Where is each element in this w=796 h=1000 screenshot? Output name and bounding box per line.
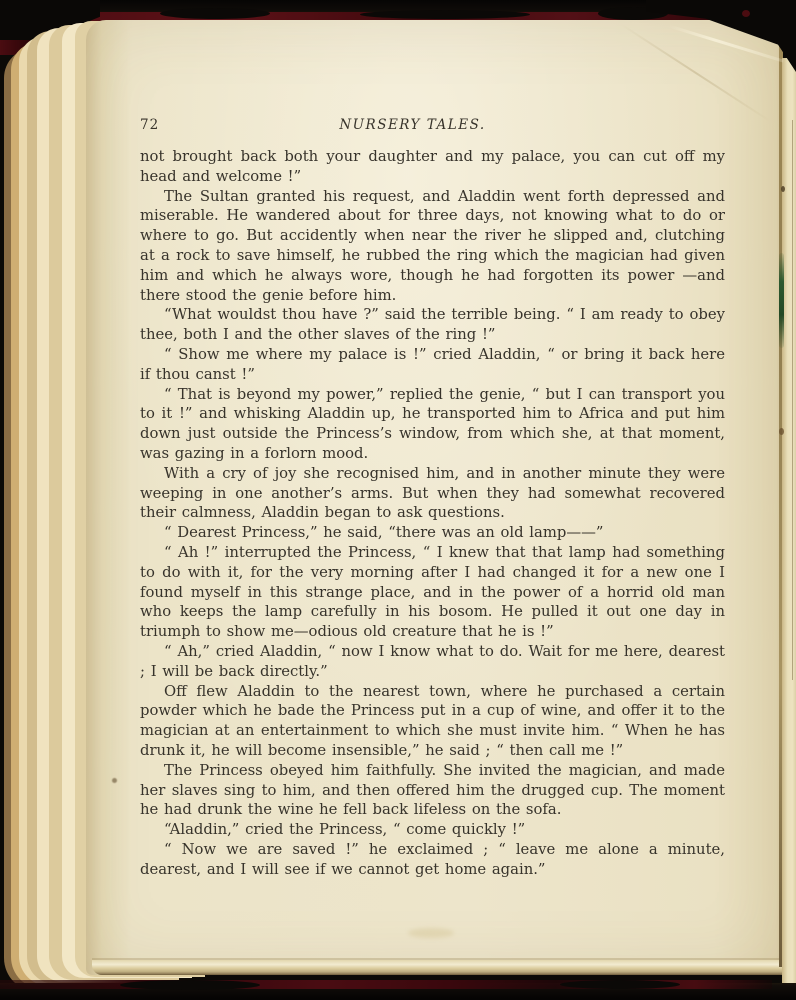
- paragraph: “ Now we are saved !” he exclaimed ; “ l…: [140, 840, 725, 880]
- paragraph: not brought back both your daughter and …: [140, 147, 725, 187]
- edge-stain: [779, 428, 784, 435]
- next-page-edge: [782, 58, 796, 986]
- book-photo: 72 NURSERY TALES. not brought back both …: [0, 0, 796, 1000]
- border-shadow-blob: [360, 10, 530, 19]
- page-header: 72 NURSERY TALES.: [140, 117, 725, 134]
- paragraph: “ Dearest Princess,” he said, “there was…: [140, 523, 725, 543]
- green-ink-mark: [779, 253, 784, 348]
- text-block: 72 NURSERY TALES. not brought back both …: [140, 117, 725, 879]
- bottom-page-edges: [92, 960, 783, 975]
- paragraph: “What wouldst thou have ?” said the terr…: [140, 305, 725, 345]
- story-text: not brought back both your daughter and …: [140, 147, 725, 879]
- paragraph: “ That is beyond my power,” replied the …: [140, 385, 725, 464]
- paragraph: “ Ah,” cried Aladdin, “ now I know what …: [140, 642, 725, 682]
- paragraph: “ Ah !” interrupted the Princess, “ I kn…: [140, 543, 725, 642]
- maroon-fleck: [742, 10, 750, 17]
- paper-crease: [620, 23, 772, 123]
- paragraph: “ Show me where my palace is !” cried Al…: [140, 345, 725, 385]
- paragraph: “Aladdin,” cried the Princess, “ come qu…: [140, 820, 725, 840]
- paragraph: Off flew Aladdin to the nearest town, wh…: [140, 682, 725, 761]
- paragraph: With a cry of joy she recognised him, an…: [140, 464, 725, 523]
- edge-stain: [781, 186, 785, 192]
- book-page: 72 NURSERY TALES. not brought back both …: [86, 20, 783, 975]
- border-shadow-blob: [560, 980, 680, 989]
- border-shadow-blob: [120, 980, 260, 990]
- next-page-edge-line: [792, 120, 793, 680]
- paragraph: The Sultan granted his request, and Alad…: [140, 187, 725, 306]
- running-head: NURSERY TALES.: [140, 117, 685, 133]
- margin-speck: [112, 778, 117, 783]
- foxing-spot: [408, 928, 454, 938]
- paragraph: The Princess obeyed him faithfully. She …: [140, 761, 725, 820]
- border-shadow-blob: [160, 8, 270, 19]
